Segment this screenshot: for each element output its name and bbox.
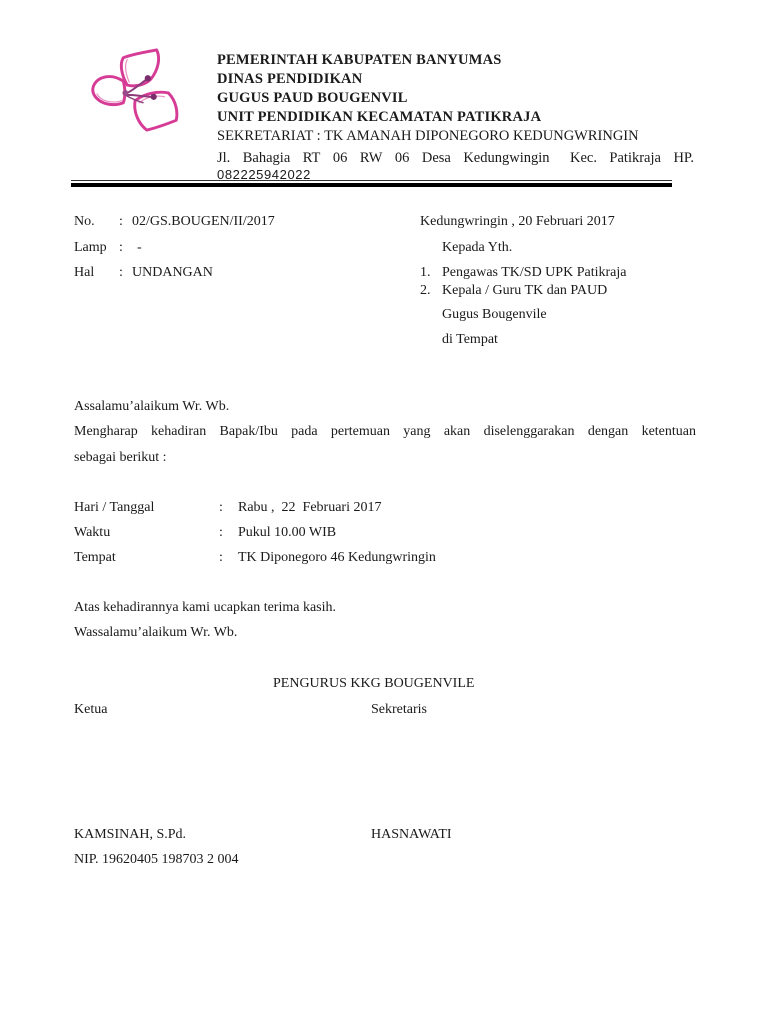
meta-lamp-value: - bbox=[137, 240, 142, 256]
meta-no-value: 02/GS.BOUGEN/II/2017 bbox=[132, 214, 275, 230]
address-word: Jl. bbox=[217, 150, 230, 167]
detail-label-place: Tempat bbox=[74, 550, 116, 566]
thanks-text: Atas kehadirannya kami ucapkan terima ka… bbox=[74, 600, 336, 616]
place-date: Kedungwringin , 20 Februari 2017 bbox=[420, 214, 615, 230]
address-word: Patikraja bbox=[609, 150, 661, 167]
meta-no-label: No. bbox=[74, 214, 95, 230]
signature-right-title: Sekretaris bbox=[371, 702, 427, 718]
address-word: Kedungwingin bbox=[463, 150, 549, 167]
meta-colon: : bbox=[119, 240, 123, 256]
meta-hal-label: Hal bbox=[74, 265, 94, 281]
detail-colon: : bbox=[219, 550, 223, 566]
signature-left-title: Ketua bbox=[74, 702, 107, 718]
address-word: 06 bbox=[333, 150, 348, 167]
detail-label-date: Hari / Tanggal bbox=[74, 500, 154, 516]
address-word: Bahagia bbox=[243, 150, 291, 167]
detail-value-time: Pukul 10.00 WIB bbox=[238, 525, 336, 541]
closing-salutation: Wassalamu’alaikum Wr. Wb. bbox=[74, 625, 237, 641]
address-word: HP. bbox=[673, 150, 694, 167]
letterhead-line-department: DINAS PENDIDIKAN bbox=[217, 71, 362, 88]
letterhead-secretariat: SEKRETARIAT : TK AMANAH DIPONEGORO KEDUN… bbox=[217, 128, 639, 145]
signature-left-name: KAMSINAH, S.Pd. bbox=[74, 827, 186, 843]
signature-right-name: HASNAWATI bbox=[371, 827, 452, 843]
meta-lamp-label: Lamp bbox=[74, 240, 107, 256]
detail-colon: : bbox=[219, 500, 223, 516]
letterhead-divider-thin bbox=[71, 180, 672, 181]
address-word: Kec. bbox=[570, 150, 597, 167]
letterhead-line-cluster: GUGUS PAUD BOUGENVIL bbox=[217, 90, 408, 107]
bougainvillea-logo-icon bbox=[86, 46, 194, 134]
detail-value-place: TK Diponegoro 46 Kedungwringin bbox=[238, 550, 436, 566]
address-word: RW bbox=[360, 150, 383, 167]
opening-salutation: Assalamu’alaikum Wr. Wb. bbox=[74, 399, 229, 415]
signature-organization: PENGURUS KKG BOUGENVILE bbox=[273, 676, 474, 692]
recipient-item-number: 2. bbox=[420, 283, 431, 299]
recipient-item-number: 1. bbox=[420, 265, 431, 281]
address-word: 06 bbox=[395, 150, 410, 167]
letterhead-line-unit: UNIT PENDIDIKAN KECAMATAN PATIKRAJA bbox=[217, 109, 541, 126]
meta-hal-value: UNDANGAN bbox=[132, 265, 213, 281]
letterhead-line-government: PEMERINTAH KABUPATEN BANYUMAS bbox=[217, 52, 502, 69]
recipient-item: Kepala / Guru TK dan PAUD bbox=[442, 283, 607, 299]
letterhead-divider-thick bbox=[71, 183, 672, 187]
recipient-greeting: Kepada Yth. bbox=[442, 240, 512, 256]
intro-line-1: Mengharap kehadiran Bapak/Ibu pada perte… bbox=[74, 424, 696, 440]
signature-left-nip: NIP. 19620405 198703 2 004 bbox=[74, 852, 239, 868]
meta-colon: : bbox=[119, 214, 123, 230]
recipient-place: di Tempat bbox=[442, 332, 498, 348]
detail-value-date: Rabu , 22 Februari 2017 bbox=[238, 500, 381, 516]
address-word: Desa bbox=[422, 150, 451, 167]
letterhead-address: Jl. Bahagia RT 06 RW 06 Desa Kedungwingi… bbox=[217, 150, 694, 167]
recipient-cluster: Gugus Bougenvile bbox=[442, 307, 547, 323]
detail-label-time: Waktu bbox=[74, 525, 110, 541]
detail-colon: : bbox=[219, 525, 223, 541]
address-word: RT bbox=[303, 150, 321, 167]
intro-line-2: sebagai berikut : bbox=[74, 450, 167, 466]
recipient-item: Pengawas TK/SD UPK Patikraja bbox=[442, 265, 626, 281]
meta-colon: : bbox=[119, 265, 123, 281]
